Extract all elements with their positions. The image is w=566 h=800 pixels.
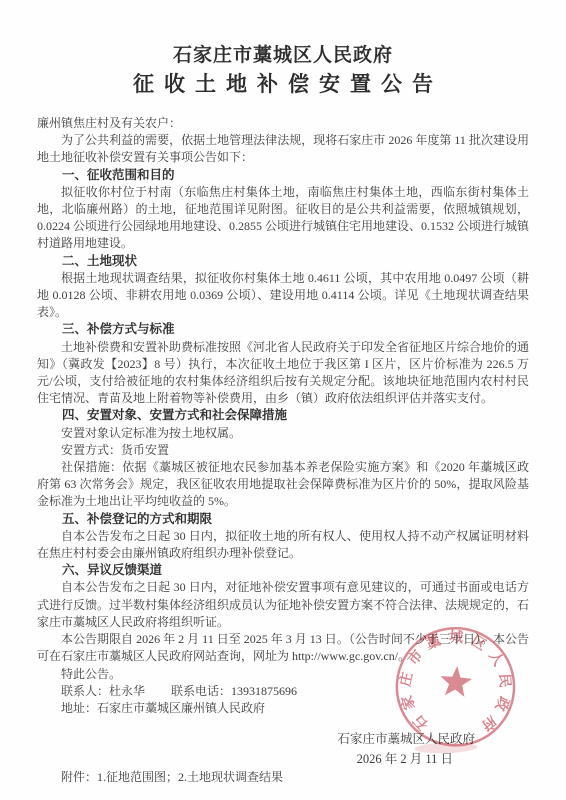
section-compensation-standard: 三、补偿方式与标准 土地补偿费和安置补助费标准按照《河北省人民政府关于印发全省征… [37,321,529,407]
section-registration: 五、补偿登记的方式和期限 自本公告发布之日起 30 日内，拟征收土地的所有权人、… [37,511,529,563]
section-heading: 二、土地现状 [37,253,529,270]
announcement-document: 石家庄市藁城区人民政府 征收土地补偿安置公告 廉州镇焦庄村及有关农户： 为了公共… [0,0,566,800]
contact-phone-label: 联系电话： [171,684,231,698]
salutation: 廉州镇焦庄村及有关农户： [37,115,529,132]
section-heading: 一、征收范围和目的 [37,167,529,184]
attachments-line: 附件：1.征地范围图；2.土地现状调查结果 [37,769,529,786]
section-heading: 五、补偿登记的方式和期限 [37,511,529,528]
intro-paragraph: 为了公共利益的需要，依据土地管理法律法规，现将石家庄市 2026 年度第 11 … [37,132,529,166]
section-paragraph: 安置对象认定标准为按土地权属。 [37,425,529,442]
section-land-status: 二、土地现状 根据土地现状调查结果，拟征收你村集体土地 0.4611 公顷，其中… [37,253,529,322]
section-heading: 六、异议反馈渠道 [37,562,529,579]
section-scope-and-purpose: 一、征收范围和目的 拟征收你村位于村南（东临焦庄村集体土地，南临焦庄村集体土地，… [37,167,529,253]
contact-person-name: 杜永华 [109,684,145,698]
section-heading: 四、安置对象、安置方式和社会保障措施 [37,407,529,424]
document-title: 征收土地补偿安置公告 [0,72,566,98]
section-paragraph: 根据土地现状调查结果，拟征收你村集体土地 0.4611 公顷，其中农用地 0.0… [37,270,529,322]
section-paragraph: 自本公告发布之日起 30 日内，拟征收土地的所有权人、使用权人持不动产权属证明材… [37,528,529,562]
address-value: 石家庄市藁城区廉州镇人民政府 [97,701,265,715]
section-heading: 三、补偿方式与标准 [37,321,529,338]
document-header: 石家庄市藁城区人民政府 征收土地补偿安置公告 [0,0,566,98]
section-paragraph: 拟征收你村位于村南（东临焦庄村集体土地，南临焦庄村集体土地，西临东街村集体土地，… [37,184,529,253]
section-paragraph: 社保措施：依据《藁城区被征地农民参加基本养老保险实施方案》和《2020 年藁城区… [37,459,529,511]
section-paragraph: 土地补偿费和安置补助费标准按照《河北省人民政府关于印发全省征地区片综合地价的通知… [37,339,529,408]
official-seal-stamp: 石家庄市藁城区人民政府 [386,619,523,765]
contact-person-label: 联系人： [61,684,109,698]
section-resettlement: 四、安置对象、安置方式和社会保障措施 安置对象认定标准为按土地权属。 安置方式：… [37,407,529,510]
issuing-authority-title: 石家庄市藁城区人民政府 [0,44,566,68]
contact-phone-number: 13931875696 [231,684,297,698]
section-paragraph: 安置方式：货币安置 [37,442,529,459]
seal-star-icon [439,665,473,698]
seal-ink-smudge [414,742,477,755]
address-label: 地址： [61,701,97,715]
